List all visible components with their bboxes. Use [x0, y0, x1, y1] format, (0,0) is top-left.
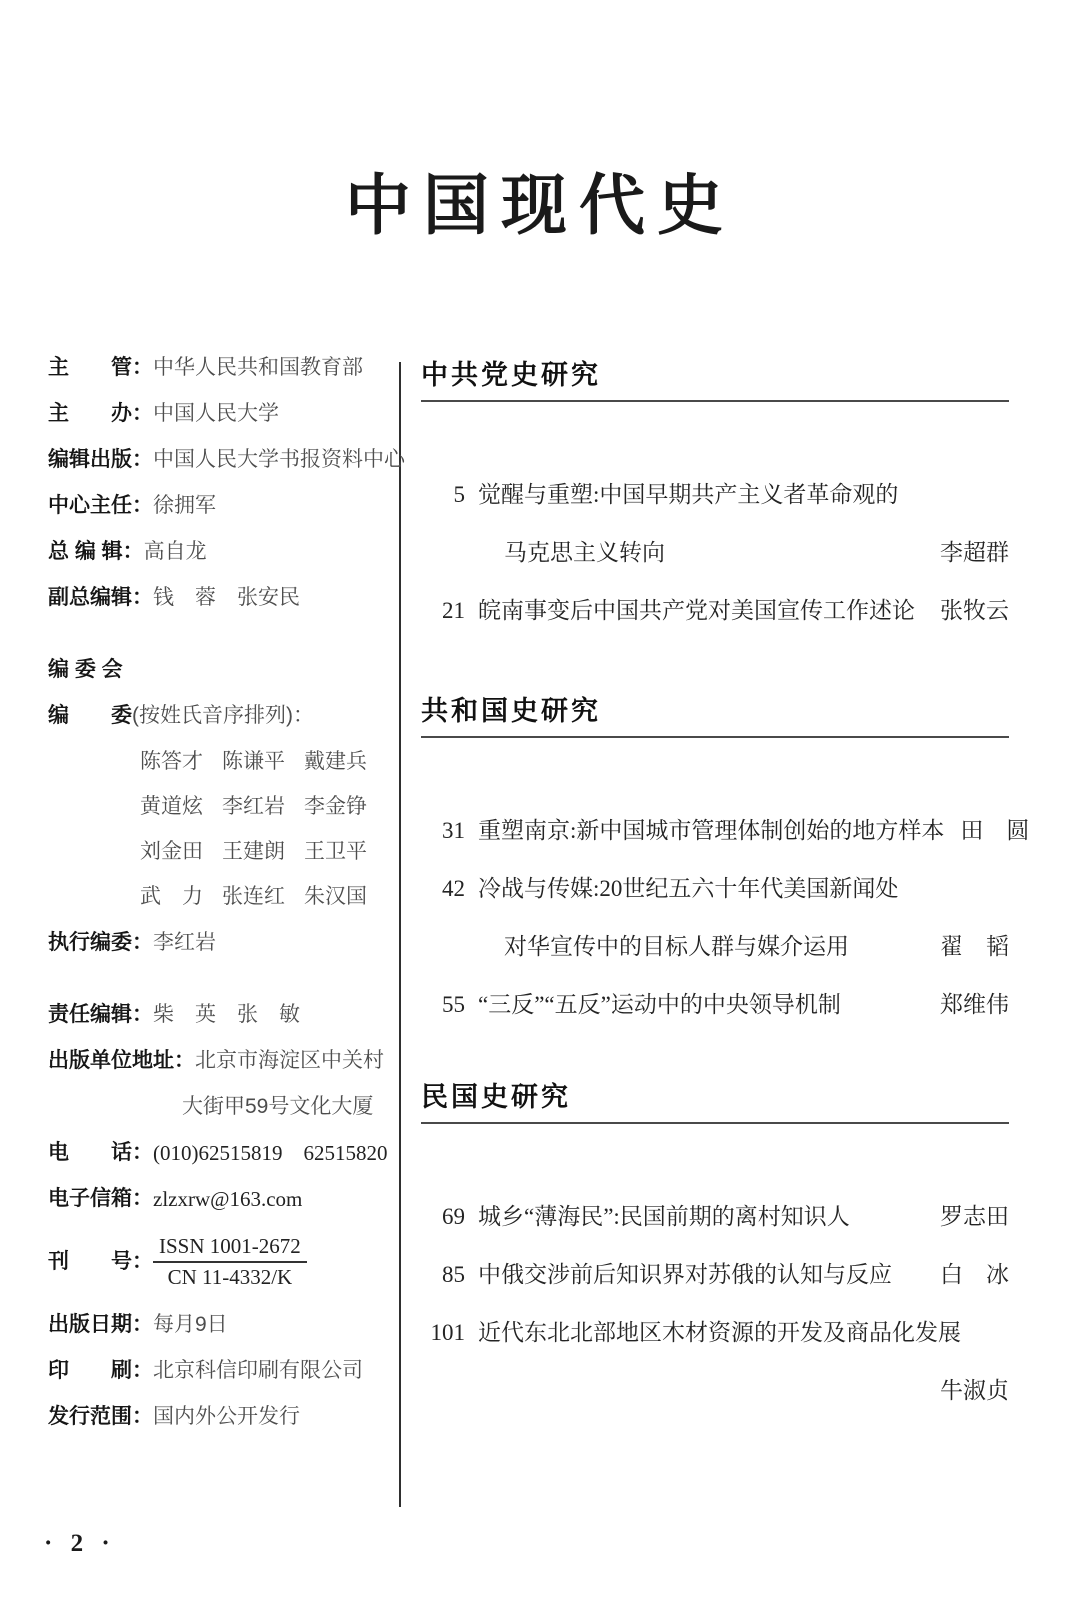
toc-entry-author: 牛淑贞: [924, 1376, 1009, 1406]
masthead-row-publisher: 编辑出版： 中国人民大学书报资料中心: [48, 448, 393, 472]
committee-heading-row: 编 委 会: [48, 658, 393, 682]
toc-entry-title: 中俄交涉前后知识界对苏俄的认知与反应: [478, 1260, 892, 1290]
toc-entry-title: 近代东北北部地区木材资源的开发及商品化发展: [478, 1318, 961, 1348]
toc-entry-author: 罗志田: [924, 1202, 1009, 1232]
masthead-label: 出版日期：: [48, 1313, 153, 1337]
committee-member: 李红岩: [222, 795, 285, 819]
masthead-label: 副总编辑：: [48, 586, 153, 610]
toc-column: 中共党史研究 5 觉醒与重塑:中国早期共产主义者革命观的 马克思主义转向 李超群…: [421, 358, 1009, 1434]
section-heading: 民国史研究: [421, 1080, 1009, 1114]
masthead-label: 出版单位地址：: [48, 1049, 195, 1073]
committee-member: 王卫平: [304, 840, 367, 864]
masthead-row-chief-editor: 总 编 辑： 高自龙: [48, 540, 393, 564]
masthead-value: 中国人民大学: [153, 402, 279, 426]
masthead-row-supervisor: 主 管： 中华人民共和国教育部: [48, 356, 393, 380]
committee-member: 武 力: [140, 885, 203, 909]
masthead-value: 高自龙: [144, 540, 207, 564]
committee-member: 王建朗: [222, 840, 285, 864]
phone-value: (010)62515819 62515820: [153, 1141, 388, 1165]
committee-member: 李金铮: [304, 795, 367, 819]
committee-member: 朱汉国: [304, 885, 367, 909]
address-row-line2: 大街甲59号文化大厦: [48, 1095, 393, 1119]
toc-entry-author: 白 冰: [924, 1260, 1009, 1290]
toc-entry-continuation: 马克思主义转向 李超群: [421, 538, 1009, 568]
masthead-value: 柴 英 张 敏: [153, 1003, 300, 1027]
toc-section-republic-history: 共和国史研究 31 重塑南京:新中国城市管理体制创始的地方样本 田 圆 42 冷…: [421, 694, 1009, 1020]
issn-number: ISSN 1001-2672: [153, 1233, 307, 1263]
committee-member: 黄道炫: [140, 795, 203, 819]
section-heading: 共和国史研究: [421, 694, 1009, 728]
committee-label-row: 编 委 (按姓氏音序排列)：: [48, 704, 393, 728]
masthead-row-organizer: 主 办： 中国人民大学: [48, 402, 393, 426]
masthead-label: 主 办：: [48, 402, 153, 426]
address-line1: 北京市海淀区中关村: [195, 1049, 384, 1073]
issn-row: 刊 号： ISSN 1001-2672 CN 11-4332/K: [48, 1233, 393, 1291]
committee-label: 编 委: [48, 704, 132, 728]
section-rule: [421, 400, 1009, 402]
toc-entry: 31 重塑南京:新中国城市管理体制创始的地方样本 田 圆: [421, 816, 1009, 846]
section-entries: 69 城乡“薄海民”:民国前期的离村知识人 罗志田 85 中俄交涉前后知识界对苏…: [421, 1202, 1009, 1406]
toc-entry-author: 田 圆: [944, 816, 1029, 846]
committee-members-grid: 陈答才 陈谦平 戴建兵 黄道炫 李红岩 李金铮 刘金田 王建朗 王卫平 武 力 …: [140, 750, 367, 909]
committee-note: (按姓氏音序排列)：: [132, 704, 314, 728]
journal-title: 中国现代史: [0, 152, 1080, 247]
committee-member: 张连红: [222, 885, 285, 909]
toc-entry-author: 翟 韬: [924, 932, 1009, 962]
phone-row: 电 话： (010)62515819 62515820: [48, 1141, 393, 1165]
masthead-value: 李红岩: [153, 931, 216, 955]
toc-entry-title: 重塑南京:新中国城市管理体制创始的地方样本: [478, 816, 944, 846]
responsible-editor-row: 责任编辑： 柴 英 张 敏: [48, 1003, 393, 1027]
masthead-label: 执行编委：: [48, 931, 153, 955]
toc-entry-title: 城乡“薄海民”:民国前期的离村知识人: [478, 1202, 850, 1232]
toc-entry-title: 冷战与传媒:20世纪五六十年代美国新闻处: [478, 874, 898, 904]
masthead-label: 中心主任：: [48, 494, 153, 518]
toc-entry-title: 马克思主义转向: [478, 538, 665, 568]
section-entries: 5 觉醒与重塑:中国早期共产主义者革命观的 马克思主义转向 李超群 21 皖南事…: [421, 480, 1009, 626]
masthead-label: 刊 号：: [48, 1250, 153, 1274]
cn-number: CN 11-4332/K: [153, 1263, 307, 1291]
committee-member: 陈答才: [140, 750, 203, 774]
toc-entry-author-line: 牛淑贞: [421, 1376, 1009, 1406]
masthead-label: 主 管：: [48, 356, 153, 380]
toc-entry: 69 城乡“薄海民”:民国前期的离村知识人 罗志田: [421, 1202, 1009, 1232]
toc-section-minguo-history: 民国史研究 69 城乡“薄海民”:民国前期的离村知识人 罗志田 85 中俄交涉前…: [421, 1080, 1009, 1406]
masthead-row-deputy-editor: 副总编辑： 钱 蓉 张安民: [48, 586, 393, 610]
section-heading: 中共党史研究: [421, 358, 1009, 392]
toc-entry-page: 42: [421, 874, 478, 904]
toc-entry: 55 “三反”“五反”运动中的中央领导机制 郑维伟: [421, 990, 1009, 1020]
toc-entry-page: 69: [421, 1202, 478, 1232]
toc-entry: 85 中俄交涉前后知识界对苏俄的认知与反应 白 冰: [421, 1260, 1009, 1290]
distribution-value: 国内外公开发行: [153, 1405, 300, 1429]
printer-row: 印 刷： 北京科信印刷有限公司: [48, 1359, 393, 1383]
executive-editor-row: 执行编委： 李红岩: [48, 931, 393, 955]
masthead-value: 钱 蓉 张安民: [153, 586, 300, 610]
committee-member: 刘金田: [140, 840, 203, 864]
toc-entry-page: 85: [421, 1260, 478, 1290]
toc-entry-continuation: 对华宣传中的目标人群与媒介运用 翟 韬: [421, 932, 1009, 962]
masthead-value: 中国人民大学书报资料中心: [153, 448, 405, 472]
section-entries: 31 重塑南京:新中国城市管理体制创始的地方样本 田 圆 42 冷战与传媒:20…: [421, 816, 1009, 1020]
masthead-label: 责任编辑：: [48, 1003, 153, 1027]
masthead-label: 总 编 辑：: [48, 540, 144, 564]
toc-entry-page: 21: [421, 596, 478, 626]
toc-entry-page: 101: [421, 1318, 478, 1348]
toc-entry-title: 觉醒与重塑:中国早期共产主义者革命观的: [478, 480, 898, 510]
pubdate-row: 出版日期： 每月9日: [48, 1313, 393, 1337]
masthead-value: 中华人民共和国教育部: [153, 356, 363, 380]
masthead-label: 发行范围：: [48, 1405, 153, 1429]
toc-entry-page: 31: [421, 816, 478, 846]
toc-entry: 42 冷战与传媒:20世纪五六十年代美国新闻处: [421, 874, 1009, 904]
column-divider: [399, 362, 401, 1507]
toc-entry-title: 皖南事变后中国共产党对美国宣传工作述论: [478, 596, 915, 626]
email-value: zlzxrw@163.com: [153, 1187, 302, 1211]
toc-entry-page: 55: [421, 990, 478, 1020]
masthead-label: 电 话：: [48, 1141, 153, 1165]
masthead-label: 印 刷：: [48, 1359, 153, 1383]
toc-entry: 101 近代东北北部地区木材资源的开发及商品化发展: [421, 1318, 1009, 1348]
toc-entry: 5 觉醒与重塑:中国早期共产主义者革命观的: [421, 480, 1009, 510]
committee-heading: 编 委 会: [48, 658, 123, 682]
issn-block: ISSN 1001-2672 CN 11-4332/K: [153, 1233, 307, 1291]
page-number: · 2 ·: [44, 1530, 116, 1558]
section-rule: [421, 1122, 1009, 1124]
masthead-value: 徐拥军: [153, 494, 216, 518]
committee-member: 陈谦平: [222, 750, 285, 774]
toc-entry-author: 郑维伟: [924, 990, 1009, 1020]
toc-entry-title: 对华宣传中的目标人群与媒介运用: [478, 932, 849, 962]
toc-entry-page: 5: [421, 480, 478, 510]
masthead-label: 编辑出版：: [48, 448, 153, 472]
toc-entry-title: “三反”“五反”运动中的中央领导机制: [478, 990, 841, 1020]
email-row: 电子信箱： zlzxrw@163.com: [48, 1187, 393, 1211]
masthead-label: 电子信箱：: [48, 1187, 153, 1211]
toc-section-party-history: 中共党史研究 5 觉醒与重塑:中国早期共产主义者革命观的 马克思主义转向 李超群…: [421, 358, 1009, 626]
address-row: 出版单位地址： 北京市海淀区中关村: [48, 1049, 393, 1073]
pubdate-value: 每月9日: [153, 1313, 228, 1337]
distribution-row: 发行范围： 国内外公开发行: [48, 1405, 393, 1429]
toc-entry-author: 李超群: [924, 538, 1009, 568]
toc-entry-author: 张牧云: [924, 596, 1009, 626]
committee-member: 戴建兵: [304, 750, 367, 774]
section-rule: [421, 736, 1009, 738]
address-line2: 大街甲59号文化大厦: [182, 1095, 373, 1119]
masthead-row-center-director: 中心主任： 徐拥军: [48, 494, 393, 518]
masthead-column: 主 管： 中华人民共和国教育部 主 办： 中国人民大学 编辑出版： 中国人民大学…: [48, 356, 393, 1451]
printer-value: 北京科信印刷有限公司: [153, 1359, 363, 1383]
toc-entry: 21 皖南事变后中国共产党对美国宣传工作述论 张牧云: [421, 596, 1009, 626]
